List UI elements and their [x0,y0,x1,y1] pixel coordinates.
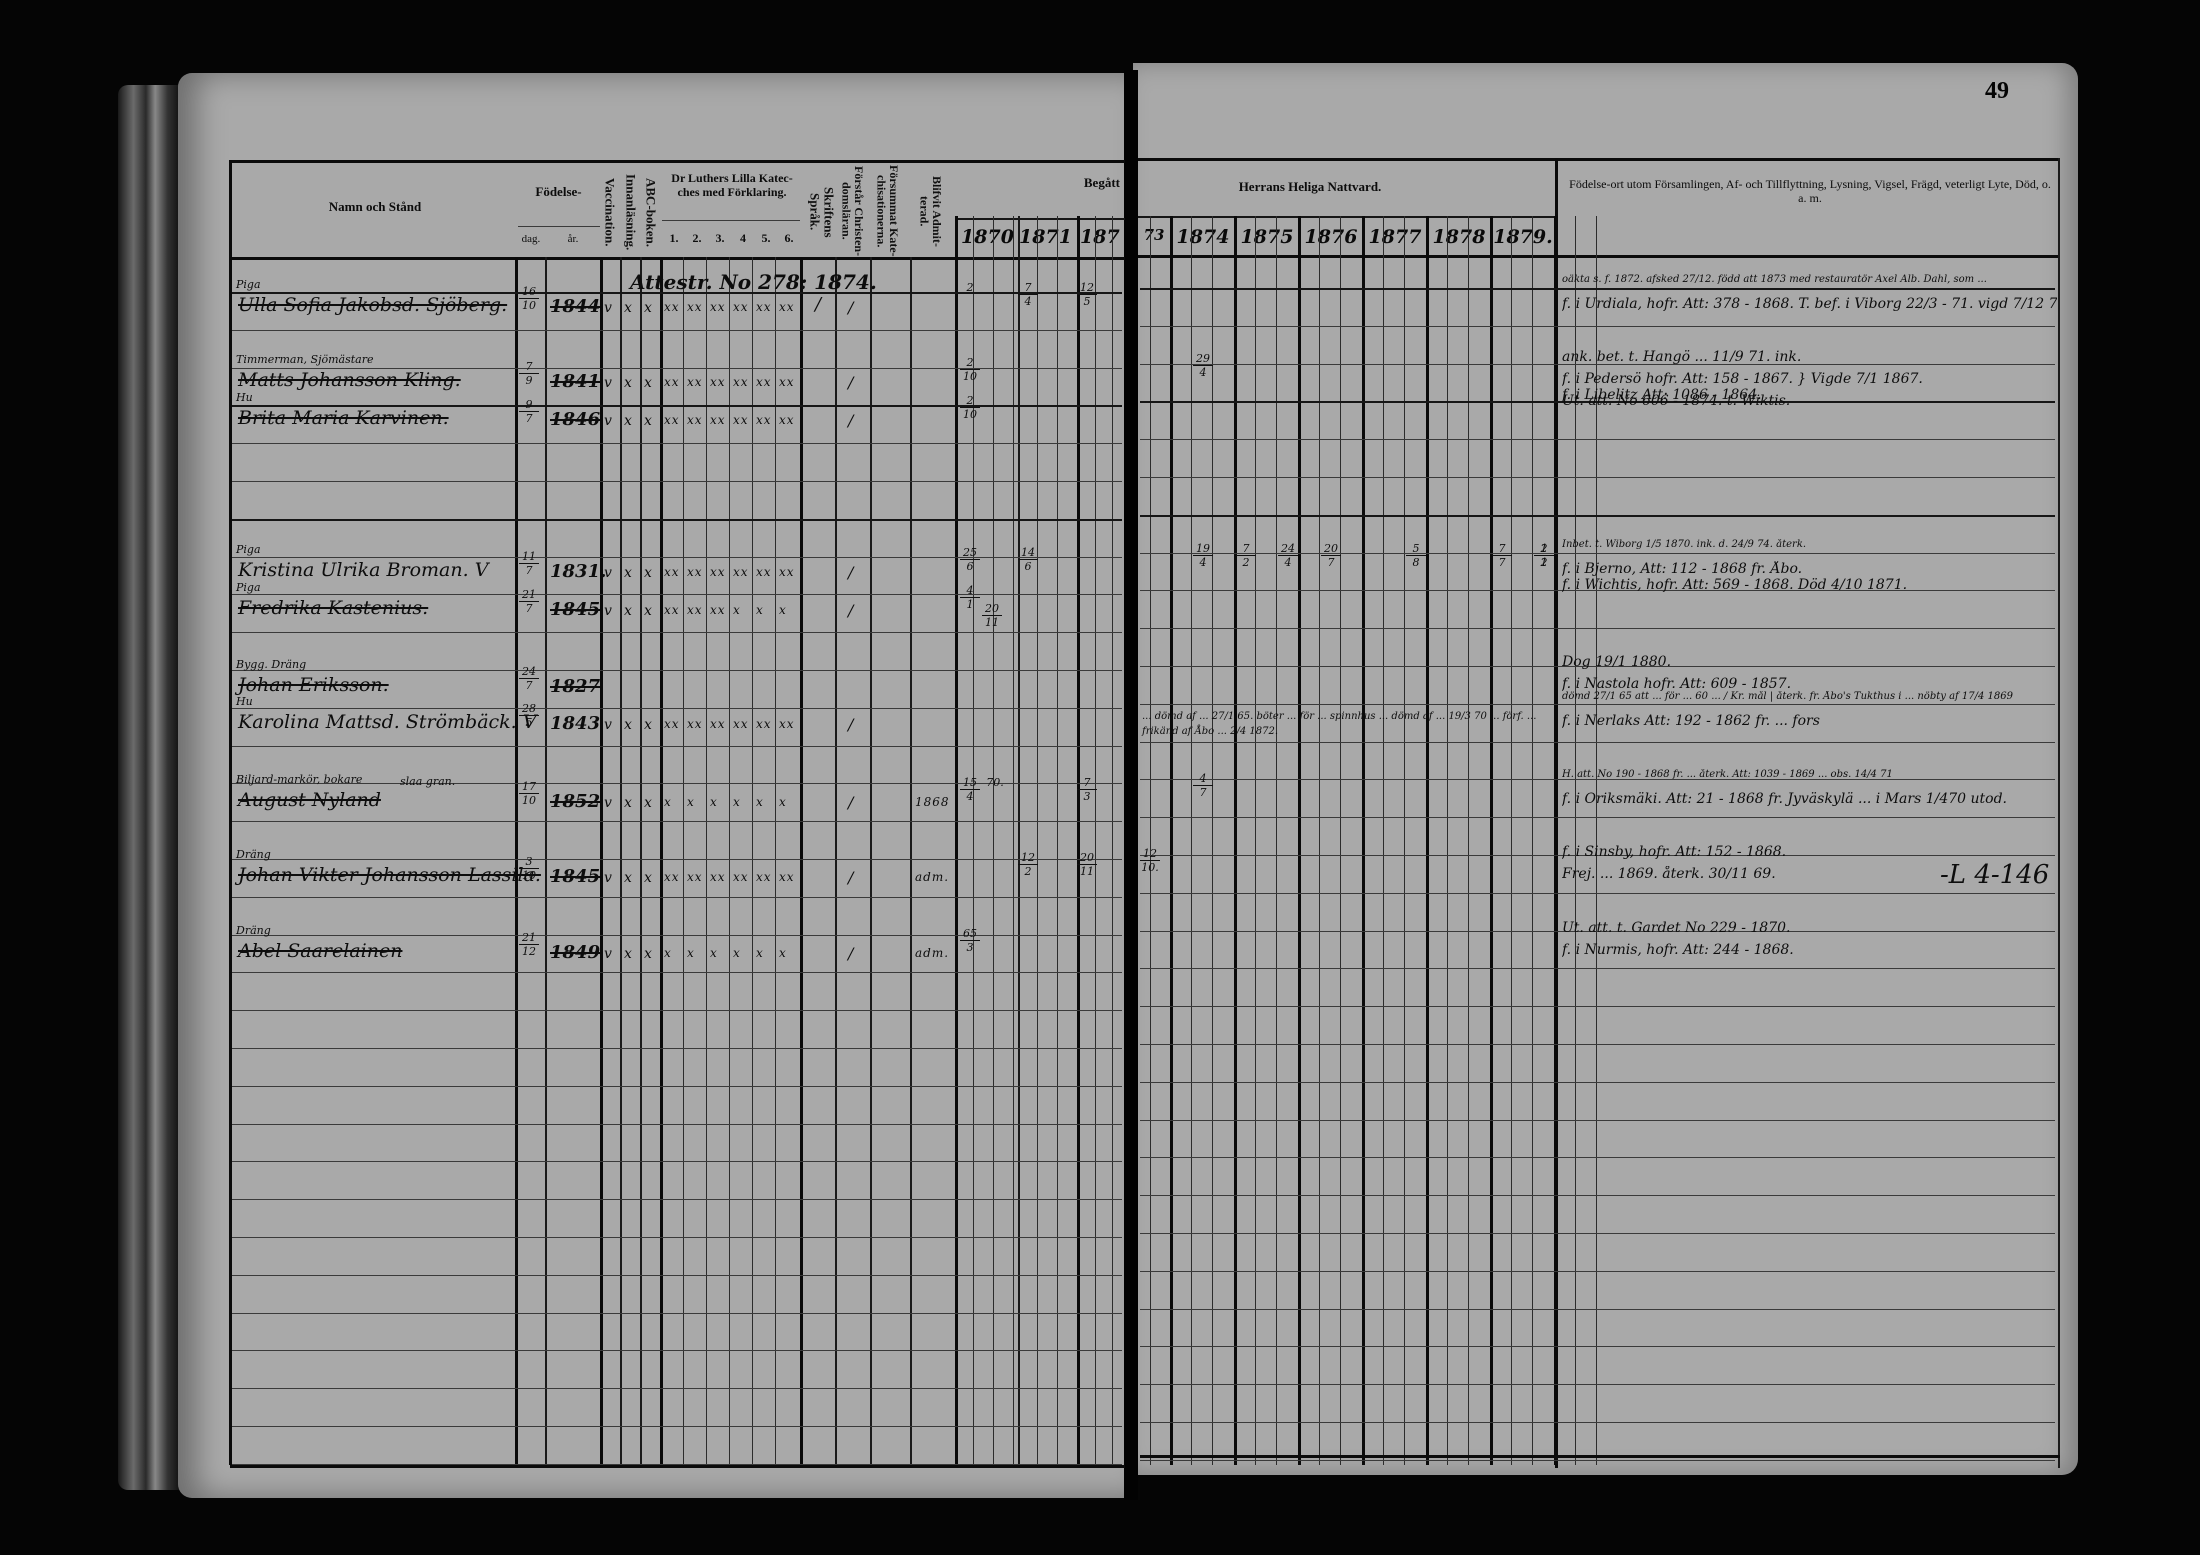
entry-title: Hu [236,695,253,708]
header-understands: Förstår Christen-domsläran. [840,165,865,257]
row-rule-left [232,670,1122,671]
entry-birth-day: 97 [519,399,539,424]
frac-top: 4 [1193,773,1213,784]
frac-bottom: 10 [519,795,539,806]
frac-top: 4 [960,585,980,596]
column-rule [1340,216,1341,1465]
header-scripture: Skriftens Språk. [808,168,835,256]
column-rule [1212,216,1213,1465]
frac-bottom: 7 [519,565,539,576]
entry-birth-day: 217 [519,589,539,614]
header-neglected: Försummat Kate-chisationerna. [875,165,900,257]
remark-line: Ut. att. t. Gardet No 229 - 1870. [1562,920,1790,936]
frac-bottom: 2 [1236,557,1256,568]
column-rule [1490,216,1493,1465]
frac-bottom: 5 [1077,296,1097,307]
frac-bottom: 7 [1321,557,1341,568]
remark-line: ank. bet. t. Hangö ... 11/9 71. ink. [1562,349,1801,365]
catechism-mark: xx [664,565,680,579]
row-rule-left [232,935,1122,936]
communion-date-left: 2011 [1077,852,1097,877]
column-rule [600,257,603,1465]
entry-birth-day: 117 [519,551,539,576]
entry-birth-year: 1843 [550,713,600,734]
catechism-mark: x [756,603,764,617]
catechism-mark: xx [779,717,795,731]
remark-line: f. i Bjerno, Att: 112 - 1868 fr. Åbo. [1562,561,1802,577]
entry-title: Biljard-markör, bokare [236,773,362,786]
row-rule-left [232,1237,1122,1238]
row-rule-left [232,330,1122,331]
column-rule [1319,216,1320,1465]
vaccination-mark: v [604,300,613,316]
communion-date-left: 41 [960,585,980,610]
entry-birth-year: 1846 [550,409,600,430]
frac-bottom: 7 [519,680,539,691]
frac-bottom: 8 [1406,557,1426,568]
column-rule [955,216,958,1465]
header-birth-day: dag. [516,233,546,246]
catechism-mark: xx [687,603,703,617]
catechism-mark: x [733,603,741,617]
row-rule-right [1140,326,2055,327]
abc-mark: x [644,375,653,391]
entry-name: Karolina Mattsd. Strömbäck. V [238,711,536,733]
remark-line: f. i Oriksmäki. Att: 21 - 1868 fr. Jyväs… [1562,791,2007,807]
scripture-mark: / [815,294,822,315]
remark-line: Frej. ... 1869. återk. 30/11 69. [1562,866,1776,882]
catechism-mark: xx [779,375,795,389]
vaccination-mark: v [604,375,613,391]
catechism-mark: xx [733,717,749,731]
header-catechism-subrule [662,220,800,221]
communion-date-left: 210 [960,357,980,382]
row-rule-right [1140,1195,2055,1196]
entry-title: Piga [236,278,261,291]
entry-birth-day: 1610 [519,286,539,311]
communion-date-left: 74 [1018,282,1038,307]
frac-top: 7 [1492,543,1512,554]
communion-date-right: 58 [1406,543,1426,568]
column-rule [1554,216,1557,1465]
column-rule [752,257,753,1465]
catechism-mark: x [710,946,718,960]
entry-name: Kristina Ulrika Broman. V [238,559,488,581]
row-rule-left [232,1048,1122,1049]
vaccination-mark: v [604,870,613,886]
catechism-mark: xx [664,300,680,314]
frac-top: 7 [1018,282,1038,293]
catechism-mark: xx [779,870,795,884]
entry-title-extra: slaa gran. [400,775,455,788]
reading-mark: x [624,300,633,316]
understands-mark: / [848,944,854,963]
communion-date-left: 70. [985,777,1005,788]
entry-title: Timmerman, Sjömästare [236,353,374,366]
communion-date-left: 73 [1077,777,1097,802]
frac-bottom: 7 [519,413,539,424]
catechism-mark: xx [710,413,726,427]
entry-title: Hu [236,391,253,404]
frac-bottom: 2 [1018,866,1038,877]
row-rule-right [1140,1006,2055,1007]
row-rule-left [232,1086,1122,1087]
header-catechism: Dr Luthers Lilla Katec-ches med Förklari… [662,172,802,200]
frac-bottom: 11 [982,617,1002,628]
row-rule-left [232,972,1122,973]
row-rule-right [1140,1157,2055,1158]
frac-top: 24 [1278,543,1298,554]
catechism-mark: xx [687,413,703,427]
catechism-mark: xx [687,870,703,884]
communion-date-left: 146 [1018,547,1038,572]
column-rule [1447,216,1448,1465]
catechism-part-3: 3. [709,232,731,246]
communion-date-left: 2011 [982,603,1002,628]
remark-line: Inbet. t. Wiborg 1/5 1870. ink. d. 24/9 … [1562,539,1806,550]
frac-top: 17 [519,781,539,792]
communion-date-right: 207 [1321,543,1341,568]
abc-mark: x [644,413,653,429]
reading-mark: x [624,870,633,886]
communion-date-right: 194 [1193,543,1213,568]
column-rule [1234,216,1237,1465]
header-admitted: Blifvit Admit-terad. [918,165,943,257]
row-rule-right [1140,477,2055,478]
row-rule-right [1140,1271,2055,1272]
frac-top: 20 [982,603,1002,614]
column-rule [1170,216,1173,1465]
frac-bottom: 12 [519,946,539,957]
column-rule [620,257,622,1465]
frac-bottom: 3 [1077,791,1097,802]
frac-bottom: 4 [1193,557,1213,568]
communion-date-left: 256 [960,547,980,572]
frac-top: 21 [519,589,539,600]
admitted-value: adm. [915,946,949,960]
column-rule [800,257,803,1465]
catechism-part-4: 4 [732,232,754,246]
entry-birth-year: 1852 [550,791,600,812]
catechism-mark: x [733,946,741,960]
year-1871: 1871 [1018,226,1073,248]
frac-top: 16 [519,286,539,297]
year-1874: 1874 [1172,226,1234,248]
frac-bottom: 6 [960,561,980,572]
frac-top: 15 [960,777,980,788]
year-1879: 1879. [1492,226,1554,248]
row-rule-right [1140,1233,2055,1234]
catechism-part-1: 1. [663,232,685,246]
frac-top: 65 [960,928,980,939]
frac-top: 19 [1193,543,1213,554]
frac-bottom: 7 [519,603,539,614]
row-rule-left [232,481,1122,482]
table-bottom-rule-left [230,1465,1125,1468]
frac-bottom: 2 [1534,557,1554,568]
frac-top: 2 [960,395,980,406]
entry-name: Abel Saarelainen [238,940,402,962]
frac-bottom: 10. [1140,862,1160,873]
frac-top: 5 [1406,543,1426,554]
communion-date-left: 125 [1077,282,1097,307]
entry-title: Dräng [236,848,271,861]
vaccination-mark: v [604,603,613,619]
catechism-mark: x [779,795,787,809]
abc-mark: x [644,717,653,733]
catechism-mark: xx [733,300,749,314]
frac-bottom: 10 [960,371,980,382]
entry-name: August Nyland [238,789,381,811]
vaccination-mark: v [604,946,613,962]
row-rule-right [1140,1460,2055,1461]
catechism-mark: x [664,946,672,960]
year-1877: 1877 [1364,226,1426,248]
catechism-mark: x [756,795,764,809]
remark-line: Dog 19/1 1880. [1562,654,1671,670]
row-rule-right [1140,1384,2055,1385]
catechism-mark: x [733,795,741,809]
communion-date-left: 653 [960,928,980,953]
row-rule-left [232,557,1122,558]
entry-title: Bygg. Dräng [236,658,306,671]
entry-birth-year: 1844 [550,296,600,317]
frac-bottom: 10 [960,409,980,420]
entry-name: Fredrika Kastenius. [238,597,428,619]
row-rule-left [232,1161,1122,1162]
abc-mark: x [644,870,653,886]
abc-mark: x [644,603,653,619]
remark-line: f. i Wichtis, hofr. Att: 569 - 1868. Död… [1562,577,1907,593]
column-rule [1112,216,1113,1465]
row-rule-left [232,1199,1122,1200]
remark-line: f. i Sinsby, hofr. Att: 152 - 1868. [1562,844,1786,860]
column-rule [1191,216,1192,1465]
frac-top: 21 [519,932,539,943]
row-rule-left [232,1275,1122,1276]
abc-mark: x [644,946,653,962]
header-holy-communion: Herrans Heliga Nattvard. [1160,180,1460,195]
page-number: 49 [1985,78,2009,105]
catechism-mark: xx [710,300,726,314]
frac-top: 3 [519,856,539,867]
catechism-part-2: 2. [686,232,708,246]
entry-name: Brita Maria Karvinen. [238,407,449,429]
column-rule [1468,216,1469,1465]
frac-top: 12 [1077,282,1097,293]
frac-bottom: 10 [519,870,539,881]
entry-name: Ulla Sofia Jakobsd. Sjöberg. [238,294,507,316]
header-top-rule [230,160,1125,163]
column-rule [1057,216,1058,1465]
column-rule [835,257,837,1465]
communion-date-left: 154 [960,777,980,802]
entry-birth-year: 1831. [550,561,606,582]
catechism-mark: xx [756,565,772,579]
row-rule-left [232,519,1122,521]
row-rule-left [232,1313,1122,1314]
communion-date-left: 210 [960,395,980,420]
vaccination-mark: v [604,565,613,581]
frac-top: 7 [1236,543,1256,554]
catechism-mark: xx [756,300,772,314]
communion-date-right: 294 [1193,353,1213,378]
frac-bottom: 4 [1018,296,1038,307]
column-rule [1037,216,1038,1465]
catechism-mark: xx [756,413,772,427]
entry-birth-day: 1710 [519,781,539,806]
catechism-mark: xx [756,717,772,731]
catechism-mark: xx [756,375,772,389]
vaccination-mark: v [604,413,613,429]
catechism-mark: xx [664,375,680,389]
table-left-border [229,160,232,1465]
admitted-value: 1868 [915,795,950,809]
catechism-part-5: 5. [755,232,777,246]
communion-date-right: 244 [1278,543,1298,568]
row-rule-left [232,632,1122,633]
header-birth: Födelse- [517,185,600,200]
communion-date-left: 2 [960,282,980,293]
header-remarks: Födelse-ort utom Församlingen, Af- och T… [1565,178,2055,206]
row-rule-right [1140,439,2055,440]
remark-line: f. i Libelitz Att: 1086 - 1864. [1562,387,1762,403]
row-rule-left [232,1124,1122,1125]
frac-top: 7 [519,361,539,372]
frac-bottom: 10 [519,300,539,311]
remark-reference: -L 4-146 [1940,860,2049,890]
reading-mark: x [624,565,633,581]
remark-line: f. i Pedersö hofr. Att: 158 - 1867. } Vi… [1562,371,1923,387]
understands-mark: / [848,373,854,392]
catechism-mark: xx [664,603,680,617]
column-rule [1404,216,1405,1465]
abc-mark: x [644,795,653,811]
row-rule-right [1140,704,2055,705]
communion-date-right: 72 [1236,543,1256,568]
entry-birth-year: 1841 [550,371,600,392]
catechism-mark: xx [779,413,795,427]
row-rule-right [1140,1309,2055,1310]
row-rule-left [232,594,1122,595]
column-rule [1298,216,1301,1465]
understands-mark: / [848,563,854,582]
remark-line: f. i Nastola hofr. Att: 609 - 1857. [1562,676,1791,692]
catechism-mark: x [664,795,672,809]
column-rule [775,257,776,1465]
row-rule-right [1140,968,2055,969]
communion-date-left: 122 [1018,852,1038,877]
frac-bottom: 7 [1492,557,1512,568]
frac-top: 20 [1077,852,1097,863]
column-rule [1362,216,1365,1465]
remark-line: oäkta s. f. 1872. afsked 27/12. född att… [1562,274,1987,285]
abc-mark: x [644,565,653,581]
catechism-mark: xx [756,870,772,884]
catechism-mark: xx [664,413,680,427]
catechism-mark: xx [710,565,726,579]
abc-mark: x [644,300,653,316]
reading-mark: x [624,717,633,733]
frac-top: 28 [519,703,539,714]
catechism-mark: x [756,946,764,960]
row-rule-left [232,746,1122,747]
frac-top: 2 [960,357,980,368]
frac-bottom: 4 [1193,367,1213,378]
row-rule-right [1140,1044,2055,1045]
column-rule [515,257,518,1465]
frac-top: 12 [1140,848,1160,859]
row-rule-left [232,708,1122,709]
frac-top: 12 [1018,852,1038,863]
header-abc-book: ABC-boken. [644,172,658,252]
table-bottom-rule-right [1140,1455,2060,1458]
column-rule [1383,216,1384,1465]
entry-title: Piga [236,543,261,556]
catechism-mark: xx [710,870,726,884]
frac-bottom: 9 [519,375,539,386]
header-birth-year: år. [548,233,598,246]
entry-birth-day: 247 [519,666,539,691]
catechism-mark: xx [710,375,726,389]
understands-mark: / [848,601,854,620]
frac-top: 24 [519,666,539,677]
attest-note: Attestr. No 278: 1874. [630,270,877,294]
row-rule-right [1140,288,2055,290]
column-rule [1276,216,1277,1465]
column-rule [545,257,547,1465]
entry-title: Piga [236,581,261,594]
row-rule-right [1140,628,2055,629]
entry-birth-day: 2112 [519,932,539,957]
catechism-mark: xx [779,300,795,314]
communion-date-right: 1210. [1140,848,1160,873]
catechism-mark: xx [664,870,680,884]
reading-mark: x [624,795,633,811]
remark-line: H. att. No 190 - 1868 fr. ... återk. Att… [1562,769,1893,780]
row-rule-right [1140,742,2055,743]
column-rule [1511,216,1512,1465]
column-rule [910,257,912,1465]
reading-mark: x [624,946,633,962]
column-rule [660,257,663,1465]
header-name-and-status: Namn och Stånd [240,200,510,215]
entry-birth-day: 79 [519,361,539,386]
column-rule [1018,216,1020,1465]
column-rule [1095,216,1096,1465]
entry-birth-day: 310 [519,856,539,881]
catechism-mark: xx [687,717,703,731]
catechism-part-6: 6. [778,232,800,246]
catechism-mark: xx [687,565,703,579]
frac-bottom: 4 [960,791,980,802]
frac-top: 2 [1534,543,1554,554]
row-rule-right [1140,1346,2055,1347]
header-reading: Innanläsning. [624,172,638,252]
remarks-right-border [2058,158,2060,1468]
entry-birth-year: 1827 [550,676,600,697]
admitted-value: adm. [915,870,949,884]
frac-top: 7 [1077,777,1097,788]
header-birth-subrule [518,226,600,227]
column-rule [1150,216,1151,1465]
communion-date-right: 77 [1492,543,1512,568]
year-1873: 73 [1140,226,1168,244]
row-rule-left [232,859,1122,860]
frac-top: 14 [1018,547,1038,558]
vaccination-mark: v [604,795,613,811]
column-rule [1426,216,1429,1465]
